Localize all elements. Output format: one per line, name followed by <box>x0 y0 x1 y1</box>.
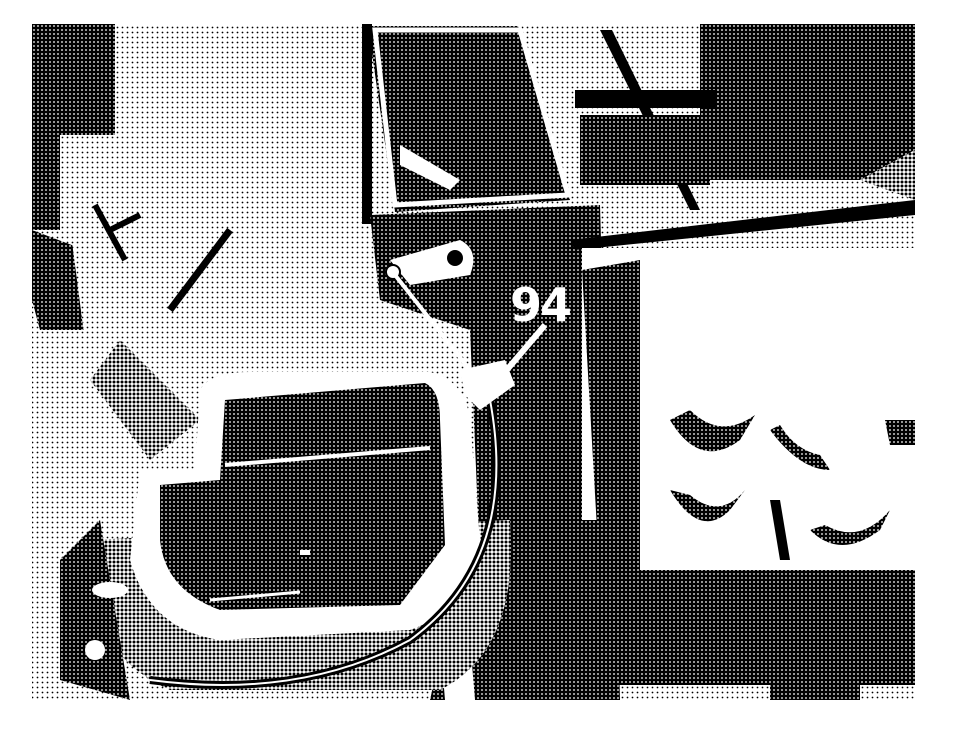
lower-right-block <box>610 570 915 700</box>
halftone-photo <box>0 0 960 747</box>
callout-label-94: 94 <box>510 282 570 328</box>
right-panel-edge <box>570 200 915 580</box>
